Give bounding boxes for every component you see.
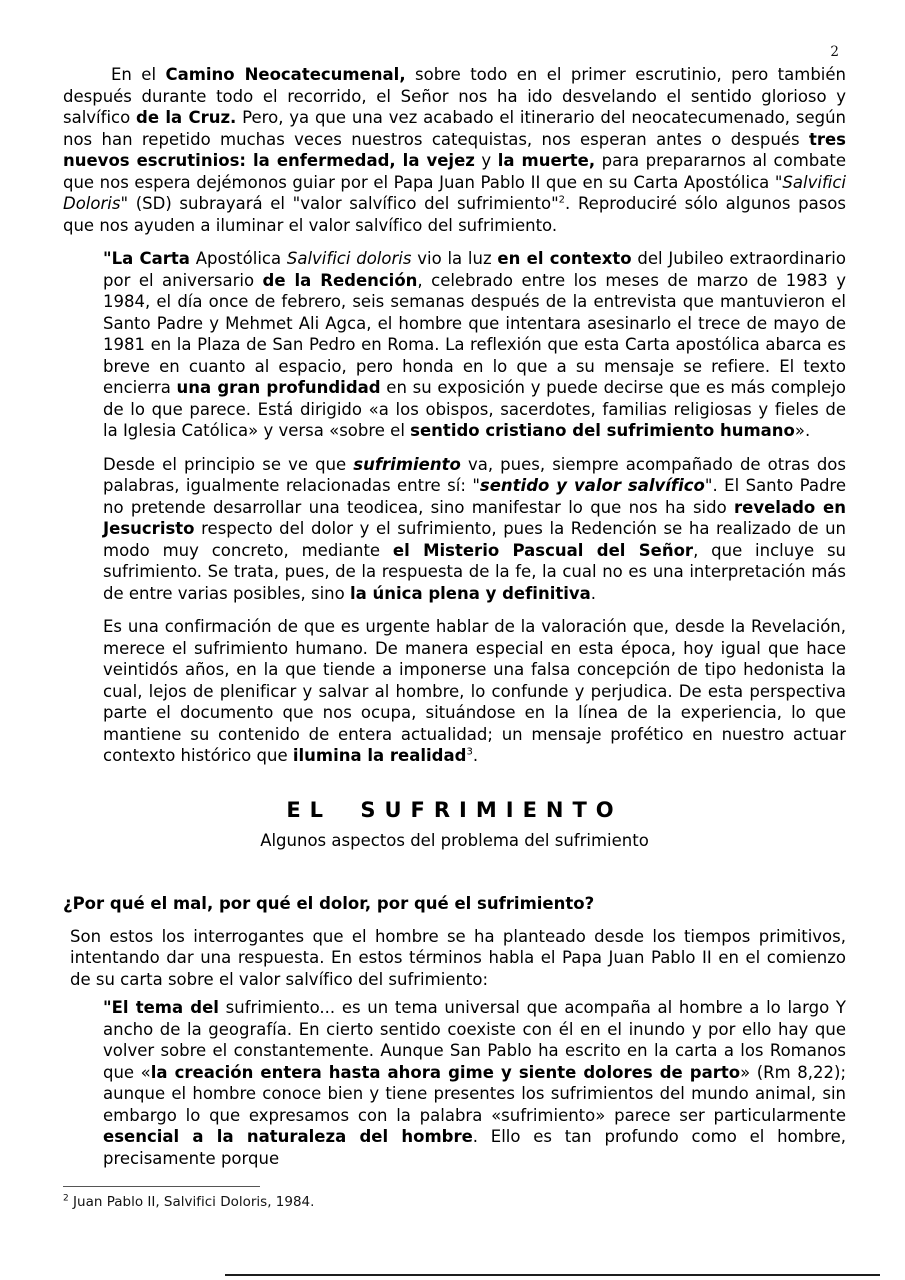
text-run: Es una confirmación de que es urgente ha… — [103, 617, 846, 765]
text-run: ». — [795, 421, 810, 440]
question-heading: ¿Por qué el mal, por qué el dolor, por q… — [63, 893, 846, 915]
text-run: una gran profundidad — [177, 378, 381, 397]
text-run: vio la luz — [411, 249, 497, 268]
text-run: ¿Por qué el mal, por qué el dolor, por q… — [63, 894, 594, 913]
text-run: en el contexto — [497, 249, 631, 268]
quote-paragraph-confirmacion: Es una confirmación de que es urgente ha… — [103, 616, 846, 767]
quote-paragraph-la-carta: "La Carta Apostólica Salvifici doloris v… — [103, 248, 846, 442]
text-run: Camino Neocatecumenal, — [165, 65, 405, 84]
text-run: "La Carta — [103, 249, 190, 268]
text-run: de la Cruz. — [136, 108, 236, 127]
text-run: esencial a la naturaleza del hombre — [103, 1127, 473, 1146]
text-run: el Misterio Pascual del Señor — [393, 541, 693, 560]
text-run: sentido cristiano del sufrimiento humano — [410, 421, 795, 440]
section-subtitle: Algunos aspectos del problema del sufrim… — [63, 830, 846, 851]
text-run: Salvifici doloris — [287, 249, 412, 268]
text-run: y — [475, 151, 498, 170]
quote-paragraph-el-tema: "El tema del sufrimiento... es un tema u… — [103, 997, 846, 1169]
section-title: EL SUFRIMIENTO — [63, 797, 846, 824]
paragraph-son-estos: Son estos los interrogantes que el hombr… — [70, 926, 846, 991]
footnote: 2 Juan Pablo II, Salvifici Doloris, 1984… — [63, 1186, 763, 1211]
text-run: la creación entera hasta ahora gime y si… — [151, 1063, 740, 1082]
text-run: sentido y valor salvífico — [480, 476, 705, 495]
text-run: En el — [111, 65, 165, 84]
footnote-citation: Juan Pablo II, Salvifici Doloris, 1984. — [73, 1194, 314, 1210]
footnote-text: 2 Juan Pablo II, Salvifici Doloris, 1984… — [63, 1193, 763, 1211]
text-run: sufrimiento — [353, 455, 461, 474]
text-run: Desde el principio se ve que — [103, 455, 353, 474]
text-run: Son estos los interrogantes que el hombr… — [70, 927, 846, 989]
text-run: Apostólica — [190, 249, 287, 268]
intro-paragraph: En el Camino Neocatecumenal, sobre todo … — [63, 64, 846, 236]
text-run: " — [472, 476, 480, 495]
document-page: 2 En el Camino Neocatecumenal, sobre tod… — [0, 0, 905, 1280]
text-run: ilumina la realidad — [293, 746, 467, 765]
text-run: (SD) subrayará el "valor salvífico del s… — [128, 194, 559, 213]
text-run: de la Redención — [263, 271, 418, 290]
text-run: la única plena y definitiva — [350, 584, 591, 603]
text-run: la muerte, — [498, 151, 595, 170]
document-body: En el Camino Neocatecumenal, sobre todo … — [63, 64, 846, 1181]
text-run: . — [473, 746, 478, 765]
text-run: "El tema del — [103, 998, 219, 1017]
footnote-marker: 2 — [63, 1194, 69, 1204]
footnote-separator — [63, 1186, 260, 1187]
text-run: . — [591, 584, 596, 603]
bottom-page-rule — [225, 1274, 880, 1276]
page-number: 2 — [830, 44, 839, 60]
quote-paragraph-desde-el-principio: Desde el principio se ve que sufrimiento… — [103, 454, 846, 605]
